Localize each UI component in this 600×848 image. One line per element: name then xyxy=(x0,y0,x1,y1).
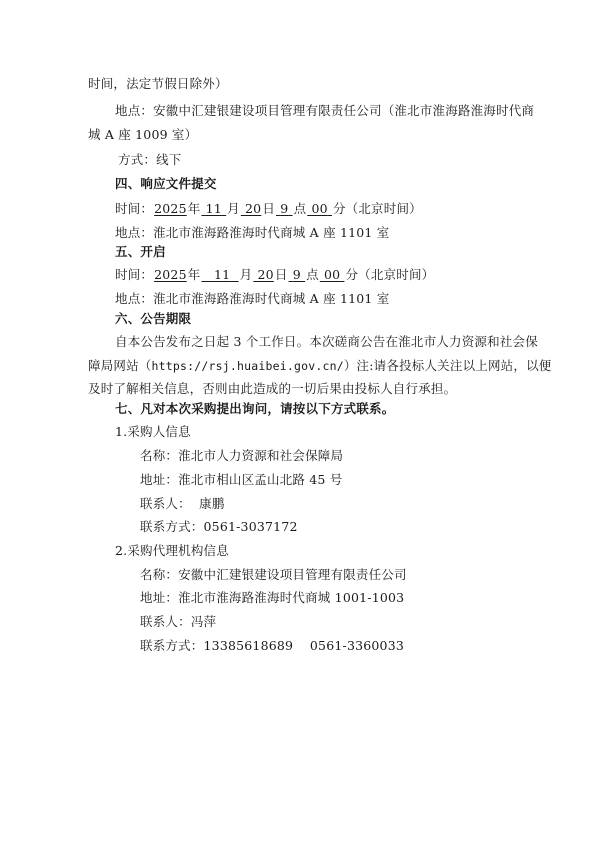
para-text: 自本公告发布之日起 3 个工作日。本次磋商公告在淮北市人力资源和社会保 xyxy=(115,334,538,349)
notice-period-para-line2: 障局网站（https://rsj.huaibei.gov.cn/）注:请各投标人… xyxy=(88,358,551,374)
day-unit: 日 xyxy=(275,267,288,282)
continuation-text: 时间，法定节假日除外） xyxy=(88,76,228,91)
heading-text: 四、响应文件提交 xyxy=(115,176,217,191)
method-label: 方式： xyxy=(118,152,156,167)
website-link[interactable]: https://rsj.huaibei.gov.cn/ xyxy=(152,359,344,373)
phone-value-2: 0561-3360033 xyxy=(310,638,404,653)
submission-time-line: 时间：2025年 11 月 20日 9 点 00 分（北京时间） xyxy=(115,201,422,217)
section-heading-6: 六、公告期限 xyxy=(115,311,191,327)
year-unit: 年 xyxy=(188,267,201,282)
section-heading-4: 四、响应文件提交 xyxy=(115,176,217,192)
name-value: 安徽中汇建银建设项目管理有限责任公司 xyxy=(178,567,407,582)
name-value: 淮北市人力资源和社会保障局 xyxy=(178,448,343,463)
contact-label: 联系人： xyxy=(140,614,191,629)
submission-location-line: 地点：淮北市淮海路淮海时代商城 A 座 1101 室 xyxy=(115,225,389,241)
method-value: 线下 xyxy=(156,152,181,167)
heading-text: 七、凡对本次采购提出询问，请按以下方式联系。 xyxy=(115,401,394,416)
subsection-title: 1.采购人信息 xyxy=(115,424,191,439)
para-text: ）注:请各投标人关注以上网站，以便 xyxy=(344,358,552,373)
time-label: 时间： xyxy=(115,201,153,216)
purchaser-title: 1.采购人信息 xyxy=(115,424,191,440)
location-value: 淮北市淮海路淮海时代商城 A 座 1101 室 xyxy=(153,291,389,306)
purchaser-address-line: 地址：淮北市相山区孟山北路 45 号 xyxy=(140,472,342,488)
month-unit: 月 xyxy=(240,267,253,282)
section-heading-7: 七、凡对本次采购提出询问，请按以下方式联系。 xyxy=(115,401,394,417)
notice-period-para-line1: 自本公告发布之日起 3 个工作日。本次磋商公告在淮北市人力资源和社会保 xyxy=(115,334,538,350)
agency-name-line: 名称：安徽中汇建银建设项目管理有限责任公司 xyxy=(140,567,407,583)
location-line: 地点：安徽中汇建银建设项目管理有限责任公司（淮北市淮海路淮海时代商 xyxy=(115,103,534,119)
para-text: 障局网站（ xyxy=(88,358,152,373)
phone-label: 联系方式： xyxy=(140,638,204,653)
month-value: 11 xyxy=(206,201,222,216)
month-value: 11 xyxy=(214,267,230,282)
opening-location-line: 地点：淮北市淮海路淮海时代商城 A 座 1101 室 xyxy=(115,291,389,307)
subsection-title: 2.采购代理机构信息 xyxy=(115,543,229,558)
year-unit: 年 xyxy=(188,201,201,216)
time-label: 时间： xyxy=(115,267,153,282)
location-value: 淮北市淮海路淮海时代商城 A 座 1101 室 xyxy=(153,225,389,240)
address-label: 地址： xyxy=(140,472,178,487)
opening-time-line: 时间：2025年 11 月 20日 9 点 00 分（北京时间） xyxy=(115,267,434,283)
year-value: 2025 xyxy=(153,267,188,282)
hour-value: 9 xyxy=(280,201,288,216)
name-label: 名称： xyxy=(140,448,178,463)
section-heading-5: 五、开启 xyxy=(115,244,166,260)
month-unit: 月 xyxy=(227,201,240,216)
location-label: 地点： xyxy=(115,291,153,306)
hour-value: 9 xyxy=(293,267,301,282)
continuation-line: 时间，法定节假日除外） xyxy=(88,76,228,92)
method-line: 方式：线下 xyxy=(118,152,182,168)
minute-unit: 分 xyxy=(345,267,358,282)
location-line-cont: 城 A 座 1009 室） xyxy=(88,127,197,143)
heading-text: 五、开启 xyxy=(115,244,166,259)
location-value-cont: 城 A 座 1009 室） xyxy=(88,127,197,142)
purchaser-phone-line: 联系方式：0561-3037172 xyxy=(140,519,298,535)
notice-period-para-line3: 及时了解相关信息，否则由此造成的一切后果由投标人自行承担。 xyxy=(88,381,456,397)
contact-value: 康鹏 xyxy=(199,496,224,511)
contact-value: 冯萍 xyxy=(191,614,216,629)
address-label: 地址： xyxy=(140,590,178,605)
agency-phone-line: 联系方式：13385618689 0561-3360033 xyxy=(140,638,404,654)
purchaser-name-line: 名称：淮北市人力资源和社会保障局 xyxy=(140,448,343,464)
para-text: 及时了解相关信息，否则由此造成的一切后果由投标人自行承担。 xyxy=(88,381,456,396)
phone-value: 0561-3037172 xyxy=(204,519,298,534)
year-value: 2025 xyxy=(153,201,188,216)
location-value: 安徽中汇建银建设项目管理有限责任公司（淮北市淮海路淮海时代商 xyxy=(153,103,534,118)
agency-address-line: 地址：淮北市淮海路淮海时代商城 1001-1003 xyxy=(140,590,404,606)
hour-unit: 点 xyxy=(306,267,319,282)
location-label: 地点： xyxy=(115,103,153,118)
heading-text: 六、公告期限 xyxy=(115,311,191,326)
purchaser-contact-line: 联系人： 康鹏 xyxy=(140,496,225,512)
location-label: 地点： xyxy=(115,225,153,240)
address-value: 淮北市相山区孟山北路 45 号 xyxy=(178,472,342,487)
phone-label: 联系方式： xyxy=(140,519,204,534)
day-value: 20 xyxy=(245,201,261,216)
timezone-text: （北京时间） xyxy=(358,267,434,282)
document-page: 时间，法定节假日除外） 地点：安徽中汇建银建设项目管理有限责任公司（淮北市淮海路… xyxy=(0,0,600,848)
timezone-text: （北京时间） xyxy=(346,201,422,216)
agency-contact-line: 联系人：冯萍 xyxy=(140,614,216,630)
minute-value: 00 xyxy=(311,201,327,216)
day-value: 20 xyxy=(258,267,274,282)
name-label: 名称： xyxy=(140,567,178,582)
phone-value: 13385618689 xyxy=(204,638,294,653)
address-value: 淮北市淮海路淮海时代商城 1001-1003 xyxy=(178,590,404,605)
contact-label: 联系人： xyxy=(140,496,191,511)
agency-title: 2.采购代理机构信息 xyxy=(115,543,229,559)
minute-value: 00 xyxy=(324,267,340,282)
day-unit: 日 xyxy=(262,201,275,216)
minute-unit: 分 xyxy=(333,201,346,216)
hour-unit: 点 xyxy=(294,201,307,216)
